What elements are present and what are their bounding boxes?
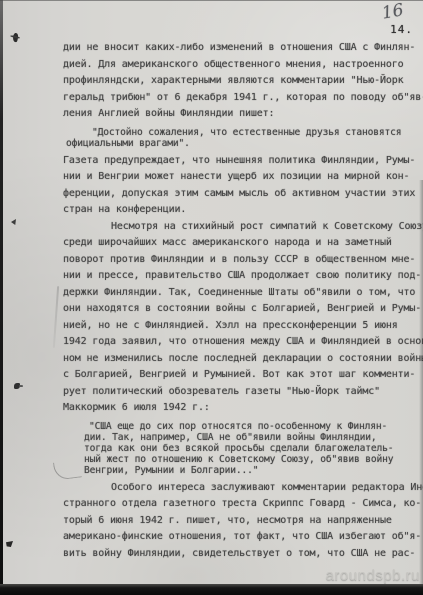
paragraph: Газета предупреждает, что нынешняя полит…	[63, 153, 423, 219]
scanned-document-page: 16 14. дии не вносит каких-либо изменени…	[0, 0, 423, 595]
text-line: Несмотря на стихийный рост симпатий к Со…	[63, 219, 423, 236]
text-line: "США еще до сих пор относятся по-особенн…	[84, 421, 423, 432]
text-line: вить войну Финляндии, свидетельствует о …	[63, 546, 423, 563]
ink-blot	[14, 383, 20, 389]
document-text: дии не вносит каких-либо изменений в отн…	[63, 40, 423, 562]
text-line: торый 6 июня 1942 г. пишет, что, несмотр…	[63, 513, 423, 530]
text-line: официальными врагами".	[66, 138, 423, 149]
text-line: они находятся в состоянии войны с Болгар…	[63, 301, 423, 318]
text-line: американо-финские отношения, тот факт, ч…	[63, 529, 423, 546]
text-line: Газета предупреждает, что нынешняя полит…	[63, 153, 423, 170]
text-line: стран на конференции.	[63, 202, 423, 219]
scan-edge-right	[419, 180, 423, 595]
text-line: Маккормик 6 июля 1942 г.:	[63, 400, 423, 417]
text-line: ференции, допуская этим самым мысль об а…	[63, 186, 423, 203]
text-line: профинляндски, характерными являются ком…	[63, 73, 423, 90]
text-line: ный жест по отношению к Советскому Союзу…	[84, 454, 423, 465]
text-line: ления Англией войны Финляндии пишет:	[63, 106, 423, 123]
quote-block: "Достойно сожаления, что естественные др…	[66, 127, 423, 149]
ink-blot	[12, 33, 19, 43]
text-line: дии не вносит каких-либо изменений в отн…	[63, 40, 423, 57]
text-line: нии и прессе, правительство США продолжа…	[63, 268, 423, 285]
text-line: среди широчайших масс американского наро…	[63, 235, 423, 252]
text-line: дии. Так, например, США не об"явили войн…	[84, 432, 423, 443]
page-number: 14.	[390, 23, 413, 36]
text-line: "Достойно сожаления, что естественные др…	[66, 127, 423, 138]
handwritten-folio-number: 16	[381, 0, 406, 23]
paragraph: дии не вносит каких-либо изменений в отн…	[63, 40, 423, 123]
text-line: дией. Для американского общественного мн…	[63, 57, 423, 74]
text-line: 1942 года заявил, что отношения между СШ…	[63, 334, 423, 351]
text-line: нией, но не с Финляндией. Хэлл на пресск…	[63, 318, 423, 335]
paragraph: Особого интереса заслуживают комментарии…	[63, 480, 423, 563]
pencil-mark	[53, 459, 82, 480]
text-line: рует политический обозреватель газеты "Н…	[63, 384, 423, 401]
scan-edge-top	[0, 0, 423, 1]
text-line: Венгрии, Румынии и Болгарии..."	[84, 465, 423, 476]
paper-crease	[53, 286, 59, 348]
text-line: с Болгарией, Венгрией и Румынией. Вот ка…	[63, 367, 423, 384]
ink-blot	[6, 541, 13, 547]
text-line: странного отдела газетного треста Скрипп…	[63, 496, 423, 513]
quote-block: "США еще до сих пор относятся по-особенн…	[84, 421, 423, 476]
text-line: нии и Венгрии может нанести ущерб их поз…	[63, 169, 423, 186]
text-line: Особого интереса заслуживают комментарии…	[63, 480, 423, 497]
text-line: держки Финляндии. Так, Соединенные Штаты…	[63, 285, 423, 302]
text-line: геральд трибюн" от 6 декабря 1941 г., ко…	[63, 90, 423, 107]
scan-edge-left	[0, 0, 3, 595]
scan-edge-bottom	[0, 584, 423, 595]
text-line: тогда как они без всякой просьбы сделали…	[84, 443, 423, 454]
ink-blot	[11, 219, 16, 225]
text-line: ном не изменились после последней деклар…	[63, 351, 423, 368]
watermark: aroundspb.ru	[326, 567, 420, 584]
text-line: поворот против Финляндии и в пользу СССР…	[63, 252, 423, 269]
paragraph: Несмотря на стихийный рост симпатий к Со…	[63, 219, 423, 417]
